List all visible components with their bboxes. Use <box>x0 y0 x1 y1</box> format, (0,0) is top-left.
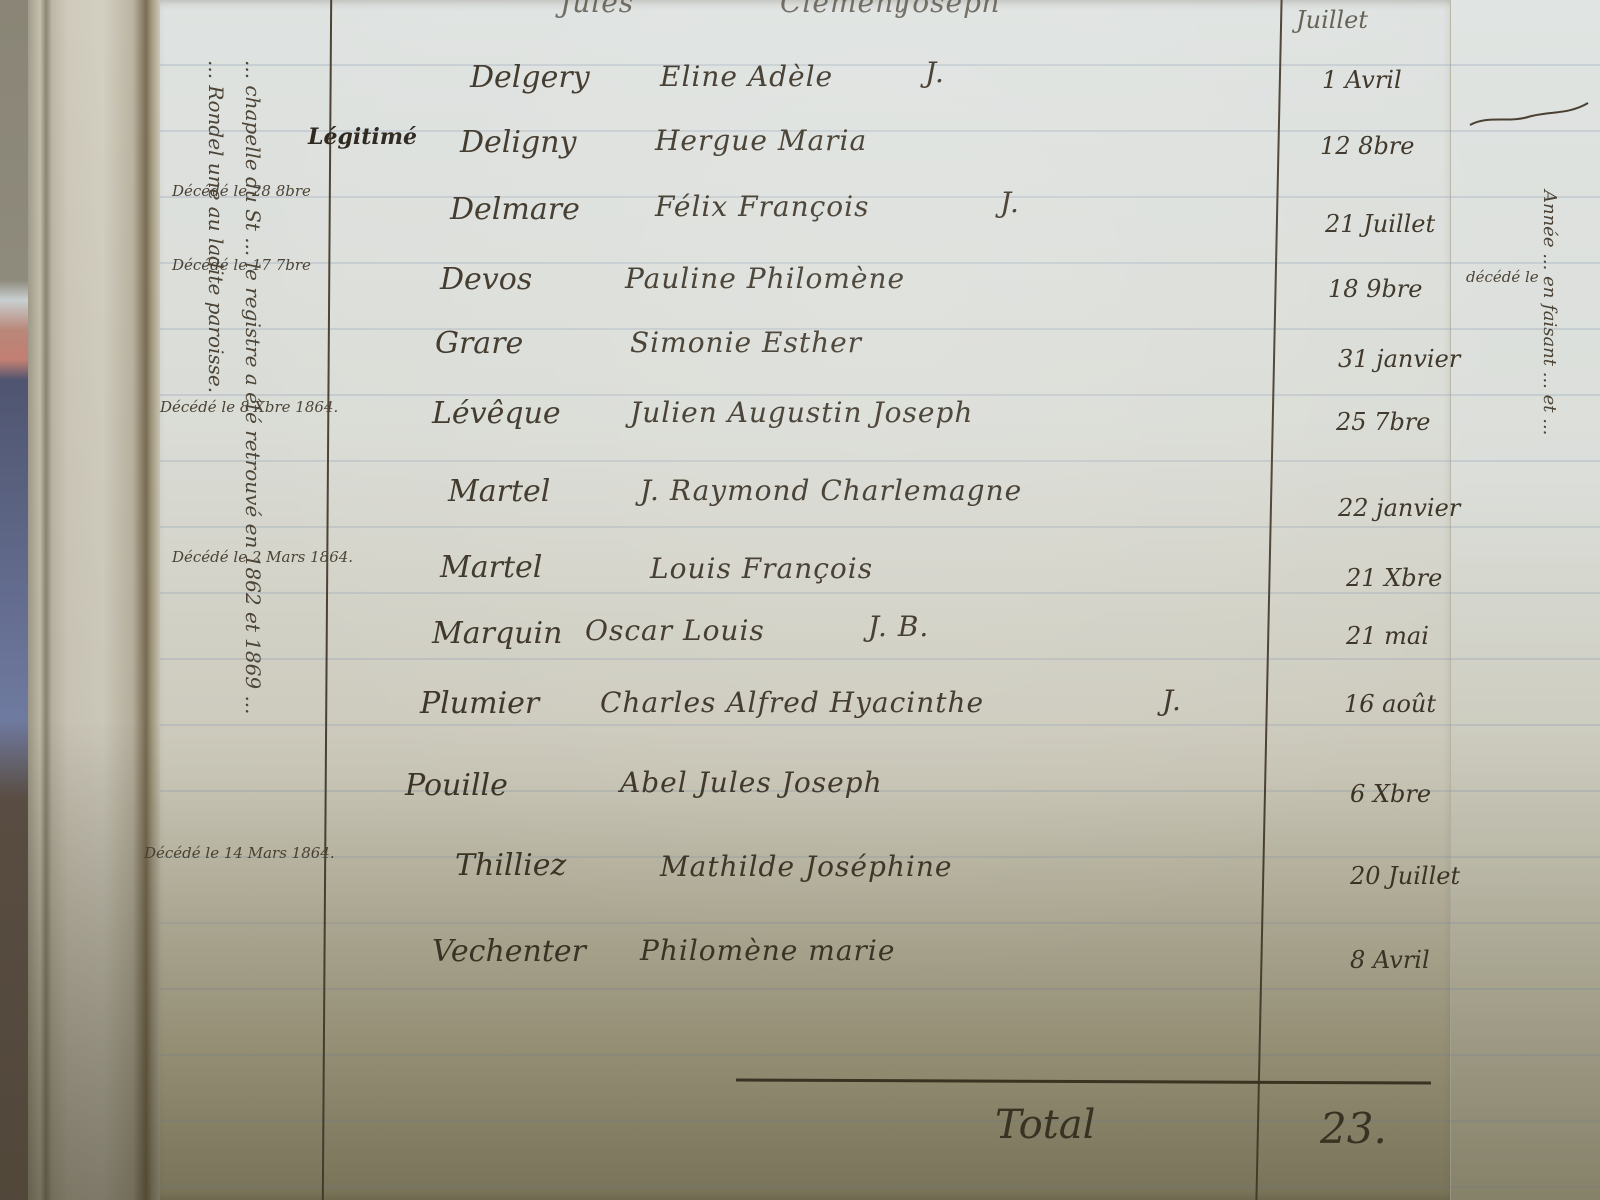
given-names: Oscar Louis <box>585 614 765 647</box>
date: 1 Avril <box>1322 66 1402 94</box>
surname: Devos <box>440 262 532 297</box>
margin-death-note: Décédé le 14 Mars 1864. <box>144 844 335 862</box>
surname: Delgery <box>470 60 590 95</box>
given-names: Charles Alfred Hyacinthe <box>600 686 984 719</box>
given-names: Eline Adèle <box>660 60 833 93</box>
entry-partial-given-3: Joseph <box>900 0 1001 19</box>
total-value: 23. <box>1320 1104 1387 1153</box>
surname: Grare <box>435 326 523 361</box>
date: 20 Juillet <box>1350 862 1460 890</box>
surname: Deligny <box>460 125 576 160</box>
surname: Vechenter <box>432 934 586 969</box>
date: 16 août <box>1344 690 1436 718</box>
surname: Martel <box>440 550 542 585</box>
mark: J. <box>1000 186 1020 219</box>
given-names: Hergue Maria <box>655 124 867 157</box>
right-margin-fragment: décédé le <box>1466 268 1539 286</box>
date: 31 janvier <box>1338 345 1460 373</box>
surname: Pouille <box>405 768 508 803</box>
date: 6 Xbre <box>1350 780 1431 808</box>
partial-date-text: Juillet <box>1296 6 1368 34</box>
date: 21 Juillet <box>1325 210 1435 238</box>
legitimated-annotation: Légitimé <box>308 124 417 150</box>
given-names: Julien Augustin Joseph <box>630 396 973 429</box>
ruled-lines <box>160 0 1600 1200</box>
surname: Plumier <box>420 686 539 721</box>
entry-partial-given-2: Clément <box>780 0 906 19</box>
given-names: Philomène marie <box>640 934 895 967</box>
mark: J. <box>925 56 945 89</box>
surname: Marquin <box>432 616 562 651</box>
date: 22 janvier <box>1338 494 1460 522</box>
entry-partial-given-1: Jules <box>560 0 634 19</box>
given-names: Simonie Esther <box>630 326 862 359</box>
given-names: Mathilde Joséphine <box>660 850 953 883</box>
given-names: Félix François <box>655 190 869 223</box>
total-label: Total <box>995 1102 1095 1148</box>
date: 18 9bre <box>1328 275 1422 303</box>
surname: Thilliez <box>455 848 566 883</box>
mark: J. B. <box>868 610 929 643</box>
stacked-page-edges <box>28 0 168 1200</box>
surname: Lévêque <box>432 396 561 431</box>
given-names: Louis François <box>650 552 873 585</box>
surname: Martel <box>448 474 550 509</box>
given-names: J. Raymond Charlemagne <box>640 474 1022 507</box>
entry-partial-date: Juillet <box>1296 6 1368 34</box>
surname: Delmare <box>450 192 580 227</box>
vertical-margin-note-1: ... chapelle du St ... le registre a été… <box>241 60 265 715</box>
vertical-margin-note-2: ... Rondel une au ladite paroisse. <box>204 60 228 393</box>
date: 21 Xbre <box>1346 564 1442 592</box>
mark: J. <box>1162 684 1182 717</box>
given-names: Pauline Philomène <box>625 262 905 295</box>
given-names: Abel Jules Joseph <box>620 766 883 799</box>
vertical-right-page-note: Année ... en faisant ... et ... <box>1539 190 1560 435</box>
date: 8 Avril <box>1350 946 1430 974</box>
flourish-decoration <box>1468 95 1598 135</box>
date: 21 mai <box>1346 622 1429 650</box>
date: 25 7bre <box>1336 408 1430 436</box>
date: 12 8bre <box>1320 132 1414 160</box>
